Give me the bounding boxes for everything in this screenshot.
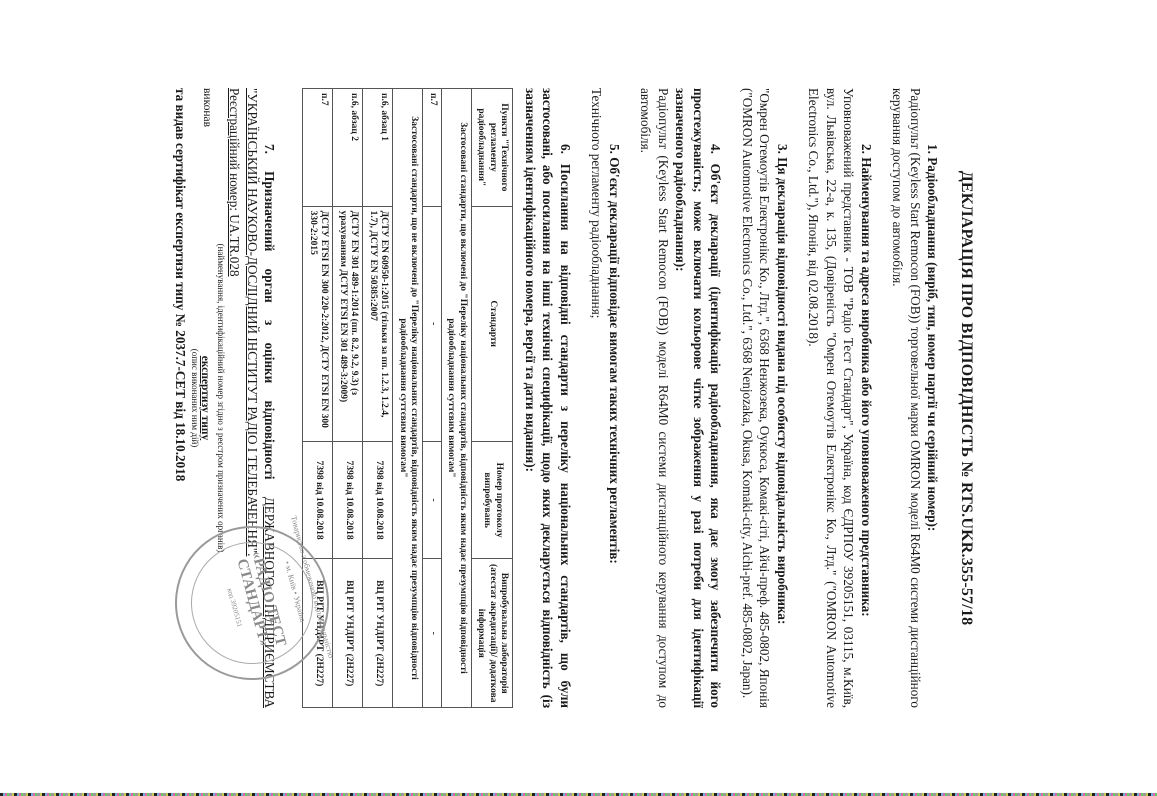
document-title: ДЕКЛАРАЦІЯ ПРО ВІДПОВІДНІСТЬ № RTS.UKR.3… — [958, 88, 976, 708]
table-row: п.6, абзац 1ДСТУ EN 60950-1:2015 (тільки… — [363, 89, 393, 708]
cell-standards: ДСТУ EN 60950-1:2015 (тільки за пп. 1.2.… — [363, 206, 393, 441]
table-group-label: Застосовані стандарти, що не включені до… — [393, 89, 423, 708]
cell-report: 7398 від 10.08.2018 — [333, 441, 363, 559]
header-regulation-clauses: Пункти "Технічного регламенту радіооблад… — [472, 89, 514, 207]
cell-laboratory: - — [423, 559, 442, 708]
table-row: п.6, абзац 2ДСТУ EN 301 489-1:2014 (пп. … — [333, 89, 363, 708]
header-test-laboratory: Випробувальна лабораторія (атестат акред… — [472, 559, 514, 708]
table-group-included: Застосовані стандарти, що включені до "П… — [442, 89, 472, 708]
cell-clause: п.6, абзац 2 — [333, 89, 363, 207]
cell-laboratory: ВЦ РІТ УНДІРТ (2Н227) — [333, 559, 363, 708]
section-4-heading-bold: 4. Об'єкт декларації — [709, 144, 724, 277]
section-5-text: Технічного регламенту радіообладнання; — [588, 88, 606, 708]
section-2-heading: 2. Найменування та адреса виробника або … — [858, 88, 876, 708]
section-5-heading: 5. Об'єкт декларації відповідає вимогам … — [606, 88, 624, 708]
section-3-heading: 3. Ця декларація відповідності видана пі… — [774, 88, 792, 708]
section-1-text: Радіопульт (Keyless Start Remocon (FOB))… — [889, 88, 924, 708]
section-7-heading-bold: 7. Призначений орган з оцінки відповідно… — [263, 144, 278, 479]
table-row: п.7--- — [423, 89, 442, 708]
cell-standards: ДСТУ EN 301 489-1:2014 (пп. 8.2, 9.2, 9.… — [333, 206, 363, 441]
section-2-text: Уповноважений представник - ТОВ "Радіо Т… — [805, 88, 858, 708]
section-1-heading: 1. Радіообладнання (виріб, тип, номер па… — [924, 88, 942, 708]
stamp-code: код 39205151 — [208, 533, 262, 682]
section-3-text: "Омрен Отемоутів Електронікс Ко., Лтд.",… — [739, 88, 774, 708]
cell-report: - — [423, 441, 442, 559]
cell-clause: п.6, абзац 1 — [363, 89, 393, 207]
section-4-heading: 4. Об'єкт декларації (ідентифікація раді… — [672, 88, 725, 708]
table-header-row: Пункти "Технічного регламенту радіооблад… — [472, 89, 514, 708]
document-body: ДЕКЛАРАЦІЯ ПРО ВІДПОВІДНІСТЬ № RTS.UKR.3… — [135, 88, 1005, 708]
header-standards: Стандарти — [472, 206, 514, 441]
standards-table: Пункти "Технічного регламенту радіооблад… — [303, 88, 514, 708]
section-1-heading-rest: (виріб, тип, номер партії чи серійний но… — [926, 259, 941, 532]
section-6-heading: 6. Посилання на відповідні стандарти з п… — [522, 88, 575, 708]
cell-report: 7398 від 10.08.2018 — [363, 441, 393, 559]
section-4-text: Радіопульт (Keyless Start Remocon (FOB))… — [637, 88, 672, 708]
cell-laboratory: ВЦ РІТ УНДІРТ (2Н227) — [363, 559, 393, 708]
table-group-not-included: Застосовані стандарти, що не включені до… — [393, 89, 423, 708]
header-test-report: Номер протоколу випробувань — [472, 441, 514, 559]
document-page: ДЕКЛАРАЦІЯ ПРО ВІДПОВІДНІСТЬ № RTS.UKR.3… — [135, 78, 1005, 718]
table-group-label: Застосовані стандарти, що включені до "П… — [442, 89, 472, 708]
cell-clause: п.7 — [423, 89, 442, 207]
cell-standards: - — [423, 206, 442, 441]
section-1-heading-bold: 1. Радіообладнання — [926, 144, 941, 259]
cell-clause: п.7 — [303, 89, 333, 207]
cell-standards: ДСТУ ETSI EN 300 220-2:2012, ДСТУ ETSI E… — [303, 206, 333, 441]
